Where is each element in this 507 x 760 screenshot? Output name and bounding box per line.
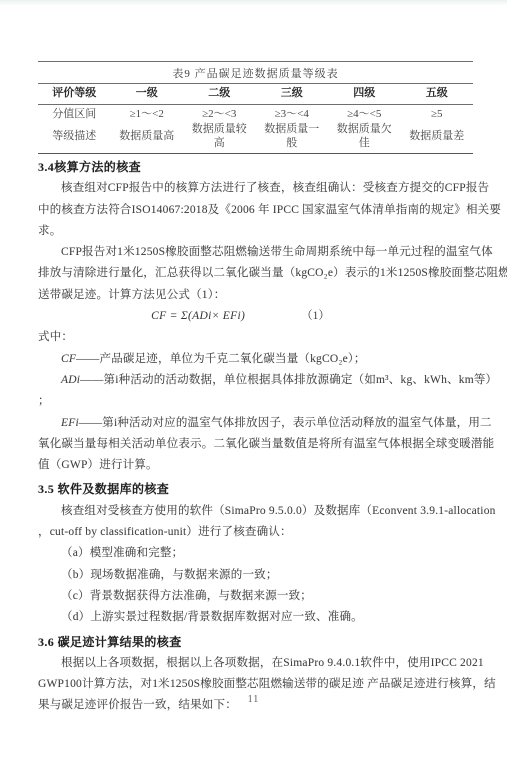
table-row-label: 等级描述 — [38, 129, 111, 147]
section-heading-3-5: 3.5 软件及数据库的核查 — [38, 479, 473, 500]
paragraph-line: 核查组对CFP报告中的核算方法进行了核查，核查组确认：受核查方提交的CFP报告 — [38, 178, 473, 199]
paragraph-line: 核查组对受核查方使用的软件（SimaPro 9.5.0.0）及数据库（Econv… — [38, 501, 473, 522]
table-row: 等级描述 数据质量高 数据质量较高 数据质量一般 数据质量欠佳 数据质量差 — [38, 122, 473, 153]
definition-text: ——第i种活动对应的温室气体排放因子，表示单位活动释放的温室气体量，用二 — [79, 417, 492, 429]
scan-artifact-strip — [0, 0, 507, 6]
variable-name: ADi — [61, 374, 80, 386]
definition-text: 值（GWP）进行计算。 — [38, 459, 158, 471]
paragraph-line: 送带碳足迹。计算方法见公式（1）： — [38, 285, 473, 306]
section-heading-3-6: 3.6 碳足迹计算结果的核查 — [38, 632, 473, 653]
formula-1: CF = Σ(ADi× EFi) （1） — [38, 306, 443, 327]
table-header-row: 评价等级 一级 二级 三级 四级 五级 — [38, 84, 473, 105]
page-content: 表9 产品碳足迹数据质量等级表 评价等级 一级 二级 三级 四级 五级 分值区间… — [38, 61, 473, 717]
table-cell: 数据质量差 — [401, 129, 474, 147]
table-header-cell: 二级 — [183, 86, 256, 102]
table-cell: ≥1～<2 — [111, 105, 184, 123]
paragraph-line: GWP100计算方法，对1米1250S橡胶面整芯阻燃输送带的碳足迹 产品碳足迹进… — [38, 674, 473, 695]
table-cell: ≥5 — [401, 105, 474, 123]
definition-line: ； — [38, 391, 473, 412]
table-caption: 表9 产品碳足迹数据质量等级表 — [38, 62, 473, 84]
definition-line: EFi——第i种活动对应的温室气体排放因子，表示单位活动释放的温室气体量，用二 — [38, 413, 473, 434]
formula-expression: CF = Σ(ADi× EFi) — [151, 306, 245, 327]
list-item: （d）上游实景过程数据/背景数据库数据对应一致、准确。 — [38, 607, 473, 628]
section-heading-3-4: 3.4核算方法的核查 — [38, 157, 473, 178]
variable-name: CF — [61, 353, 76, 365]
paragraph-line: CFP报告对1米1250S橡胶面整芯阻燃输送带生命周期系统中每一单元过程的温室气… — [38, 242, 473, 263]
table-cell: ≥3～<4 — [256, 105, 329, 123]
variable-name: EFi — [61, 417, 79, 429]
definition-line: ADi——第i种活动的活动数据，单位根据具体排放源确定（如m³、kg、kWh、k… — [38, 370, 473, 391]
definition-text: 氧化碳当量每相关活动单位表示。二氧化碳当量数值是将所有温室气体根据全球变暖潜能 — [38, 438, 494, 450]
paragraph-line: ，cut-off by classification-unit）进行了核查确认： — [38, 522, 473, 543]
list-item: （a）模型准确和完整； — [38, 543, 473, 564]
table-header-cell: 三级 — [256, 86, 329, 102]
formula-number: （1） — [301, 306, 330, 327]
table-cell: 数据质量高 — [111, 129, 184, 147]
table-cell: 数据质量欠佳 — [328, 122, 401, 153]
table-cell: 数据质量较高 — [183, 122, 256, 153]
list-item: （c）背景数据获得方法准确，与数据来源一致； — [38, 586, 473, 607]
definition-line: CF——产品碳足迹，单位为千克二氧化碳当量（kgCO₂e）； — [38, 349, 473, 370]
definition-line: 氧化碳当量每相关活动单位表示。二氧化碳当量数值是将所有温室气体根据全球变暖潜能 — [38, 434, 473, 455]
table-cell: ≥4～<5 — [328, 105, 401, 123]
page-number: 11 — [0, 694, 507, 705]
document-page: 表9 产品碳足迹数据质量等级表 评价等级 一级 二级 三级 四级 五级 分值区间… — [0, 0, 507, 760]
table-cell: ≥2～<3 — [183, 105, 256, 123]
data-quality-grade-table: 表9 产品碳足迹数据质量等级表 评价等级 一级 二级 三级 四级 五级 分值区间… — [38, 61, 473, 154]
table-header-cell: 评价等级 — [38, 86, 111, 102]
definition-line: 值（GWP）进行计算。 — [38, 455, 473, 476]
paragraph-line: 根据以上各项数据，根据以上各项数据，在SimaPro 9.4.0.1软件中，使用… — [38, 653, 473, 674]
where-label: 式中： — [38, 327, 473, 348]
table-row-label: 分值区间 — [38, 105, 111, 123]
table-header-cell: 五级 — [401, 86, 474, 102]
table-header-cell: 一级 — [111, 86, 184, 102]
list-item: （b）现场数据准确，与数据来源的一致； — [38, 565, 473, 586]
definition-text: ——第i种活动的活动数据，单位根据具体排放源确定（如m³、kg、kWh、km等） — [80, 374, 497, 386]
table-cell: 数据质量一般 — [256, 122, 329, 153]
paragraph-line: 中的核查方法符合ISO14067:2018及《2006 年 IPCC 国家温室气… — [38, 200, 473, 221]
paragraph-line: 求。 — [38, 221, 473, 242]
definition-text: ——产品碳足迹，单位为千克二氧化碳当量（kgCO₂e）； — [76, 353, 365, 365]
definition-text: ； — [38, 395, 50, 407]
table-row: 分值区间 ≥1～<2 ≥2～<3 ≥3～<4 ≥4～<5 ≥5 — [38, 105, 473, 123]
paragraph-line: 排放与清除进行量化，汇总获得以二氧化碳当量（kgCO₂e）表示的1米1250S橡… — [38, 263, 473, 284]
table-header-cell: 四级 — [328, 86, 401, 102]
